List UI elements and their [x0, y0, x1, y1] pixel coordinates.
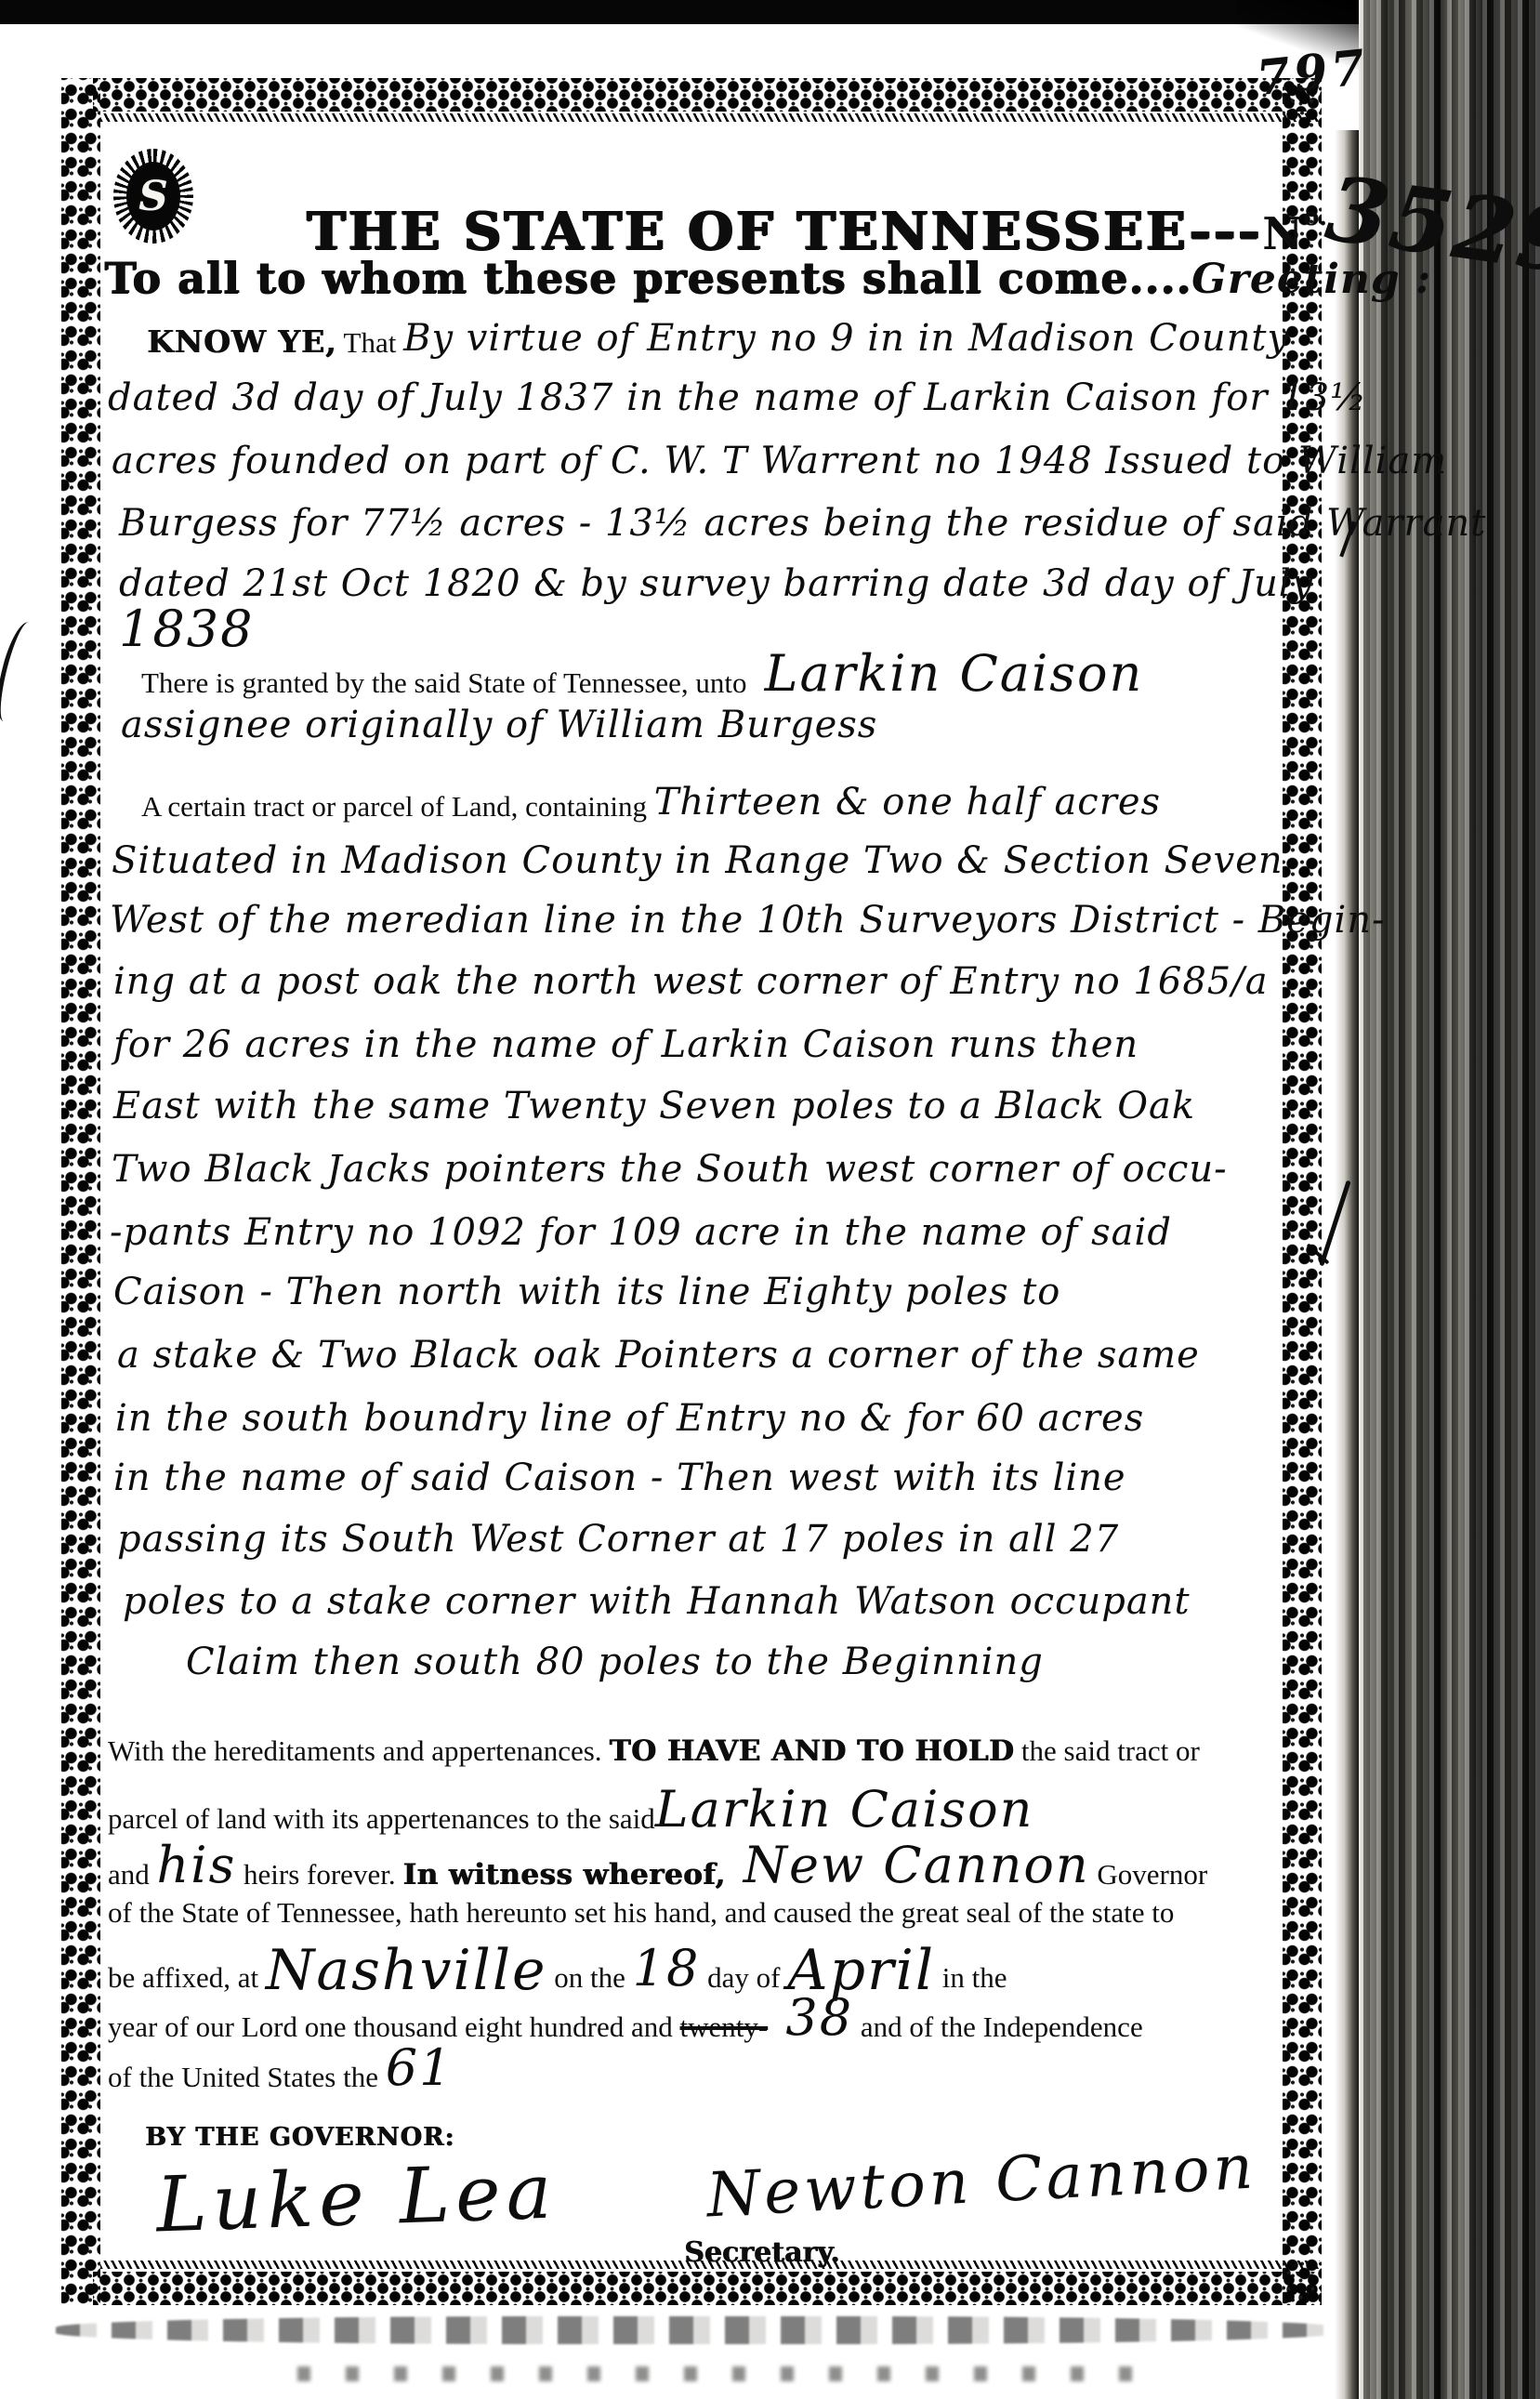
text-segment: of the State of Tennessee, hath hereunto…	[108, 1896, 1174, 1929]
body-line: acres founded on part of C. W. T Warrent…	[112, 444, 1447, 481]
body-line: parcel of land with its appertenances to…	[108, 1786, 1033, 1837]
text-segment: in the name of said Caison - Then west w…	[113, 1457, 1126, 1499]
body-line: assignee originally of William Burgess	[121, 708, 877, 745]
text-segment: In witness whereof,	[402, 1858, 725, 1892]
salutation-text: To all to whom these presents shall come…	[104, 253, 1191, 303]
body-line: There is granted by the said State of Te…	[141, 651, 1143, 701]
body-line: ing at a post oak the north west corner …	[113, 965, 1269, 1002]
text-segment: TO HAVE AND TO HOLD	[609, 1734, 1014, 1768]
text-segment: acres founded on part of C. W. T Warrent…	[112, 440, 1447, 482]
text-segment: -pants Entry no 1092 for 109 acre in the…	[110, 1211, 1172, 1254]
text-segment: Caison - Then north with its line Eighty…	[113, 1271, 1060, 1313]
text-segment: and of the Independence	[853, 2010, 1143, 2043]
text-segment: KNOW YE,	[147, 323, 336, 360]
ink-mark	[0, 619, 43, 725]
text-segment: Larkin Caison	[747, 644, 1144, 703]
text-segment: By virtue of Entry no 9 in in Madison Co…	[403, 317, 1289, 360]
text-segment: his	[157, 1836, 237, 1894]
body-line: of the United States the 61	[108, 2045, 453, 2095]
salutation: To all to whom these presents shall come…	[104, 253, 1431, 303]
text-segment: With the hereditaments and appertenances…	[108, 1734, 609, 1767]
text-segment: Burgess for 77½ acres - 13½ acres being …	[119, 502, 1486, 545]
text-segment: A certain tract or parcel of Land, conta…	[141, 790, 654, 823]
body-line: for 26 acres in the name of Larkin Caiso…	[113, 1028, 1139, 1065]
text-segment: and	[108, 1858, 157, 1891]
text-segment: on the	[547, 1961, 633, 1994]
text-segment: West of the meredian line in the 10th Su…	[110, 899, 1386, 942]
by-the-governor-label: BY THE GOVERNOR:	[145, 2123, 454, 2152]
text-segment: Two Black Jacks pointers the South west …	[112, 1148, 1228, 1191]
body-line: year of our Lord one thousand eight hund…	[108, 1995, 1143, 2045]
text-segment: Larkin Caison	[655, 1780, 1034, 1839]
body-line: in the south boundry line of Entry no & …	[115, 1402, 1144, 1439]
text-segment: a stake & Two Black oak Pointers a corne…	[117, 1334, 1200, 1377]
body-line: East with the same Twenty Seven poles to…	[113, 1089, 1195, 1127]
ornamental-border-top	[93, 78, 1322, 112]
body-line: passing its South West Corner at 17 pole…	[117, 1522, 1119, 1560]
text-segment: passing its South West Corner at 17 pole…	[117, 1518, 1119, 1561]
greeting-text: Greeting :	[1191, 256, 1431, 303]
text-segment: Claim then south 80 poles to the Beginni…	[186, 1641, 1044, 1683]
text-segment: Situated in Madison County in Range Two …	[112, 839, 1283, 882]
body-line: A certain tract or parcel of Land, conta…	[141, 785, 1161, 823]
text-segment: 61	[386, 2038, 454, 2097]
text-segment: New Cannon	[726, 1836, 1090, 1894]
ornamental-border-bottom	[93, 2272, 1322, 2305]
secretary-signature: Newton Cannon	[704, 2131, 1257, 2232]
text-segment: the said tract or	[1014, 1734, 1200, 1767]
body-line: and his heirs forever. In witness whereo…	[108, 1842, 1207, 1892]
body-line: Burgess for 77½ acres - 13½ acres being …	[119, 507, 1486, 544]
scanned-land-grant-page: { "page_number": "797", "ink_color": "#0…	[0, 0, 1540, 2399]
text-segment: 38	[768, 1988, 853, 2047]
page-number: 797	[1254, 39, 1371, 107]
secretary-label: Secretary.	[684, 2236, 839, 2269]
body-line: Caison - Then north with its line Eighty…	[113, 1275, 1060, 1312]
book-binding-edge	[1359, 0, 1540, 2399]
body-line: -pants Entry no 1092 for 109 acre in the…	[110, 1216, 1172, 1253]
state-seal-monogram: S	[126, 162, 180, 231]
body-line: Claim then south 80 poles to the Beginni…	[186, 1645, 1044, 1682]
text-segment: for 26 acres in the name of Larkin Caiso…	[113, 1023, 1139, 1066]
text-segment: in the south boundry line of Entry no & …	[115, 1397, 1144, 1440]
body-line: dated 21st Oct 1820 & by survey barring …	[119, 567, 1313, 604]
text-segment: Governor	[1090, 1858, 1208, 1891]
body-line: Two Black Jacks pointers the South west …	[112, 1153, 1228, 1190]
ornamental-border-left	[61, 78, 100, 2305]
body-line: 1838	[119, 606, 254, 656]
governor-signature: Luke Lea	[154, 2148, 558, 2250]
scan-dust-bottom	[297, 2366, 1134, 2381]
body-line: Situated in Madison County in Range Two …	[112, 844, 1283, 881]
text-segment: dated 21st Oct 1820 & by survey barring …	[119, 562, 1313, 605]
body-line: poles to a stake corner with Hannah Wats…	[123, 1585, 1191, 1622]
scan-smudge-bottom	[56, 2316, 1338, 2344]
body-line: in the name of said Caison - Then west w…	[113, 1461, 1126, 1498]
text-segment: in the	[935, 1961, 1007, 1994]
body-line: KNOW YE, That By virtue of Entry no 9 in…	[147, 322, 1289, 359]
text-segment: assignee originally of William Burgess	[121, 704, 877, 746]
body-line: With the hereditaments and appertenances…	[108, 1736, 1200, 1766]
state-seal-icon: S	[113, 149, 193, 244]
text-segment: Nashville	[266, 1938, 547, 2003]
text-segment: That	[336, 326, 403, 359]
text-segment: heirs forever.	[236, 1858, 402, 1891]
zigzag-rule-top	[100, 113, 1320, 122]
text-segment: parcel of land with its appertenances to…	[108, 1802, 655, 1835]
body-line: dated 3d day of July 1837 in the name of…	[108, 381, 1367, 418]
text-segment: of the United States the	[108, 2061, 386, 2093]
text-segment: dated 3d day of July 1837 in the name of…	[108, 376, 1367, 419]
body-line: West of the meredian line in the 10th Su…	[110, 903, 1386, 941]
text-segment: Thirteen & one half acres	[654, 781, 1161, 824]
text-segment: 18	[633, 1939, 701, 1997]
body-line: of the State of Tennessee, hath hereunto…	[108, 1898, 1174, 1927]
text-segment: ing at a post oak the north west corner …	[113, 960, 1269, 1003]
text-segment: twenty-	[680, 2010, 769, 2043]
text-segment: be affixed, at	[108, 1961, 266, 1994]
text-segment: East with the same Twenty Seven poles to…	[113, 1085, 1195, 1127]
body-line: a stake & Two Black oak Pointers a corne…	[117, 1338, 1200, 1376]
body-line: be affixed, at Nashville on the 18 day o…	[108, 1941, 1007, 1997]
text-segment: poles to a stake corner with Hannah Wats…	[123, 1580, 1191, 1623]
text-segment: 1838	[119, 600, 254, 658]
text-segment: There is granted by the said State of Te…	[141, 666, 747, 699]
